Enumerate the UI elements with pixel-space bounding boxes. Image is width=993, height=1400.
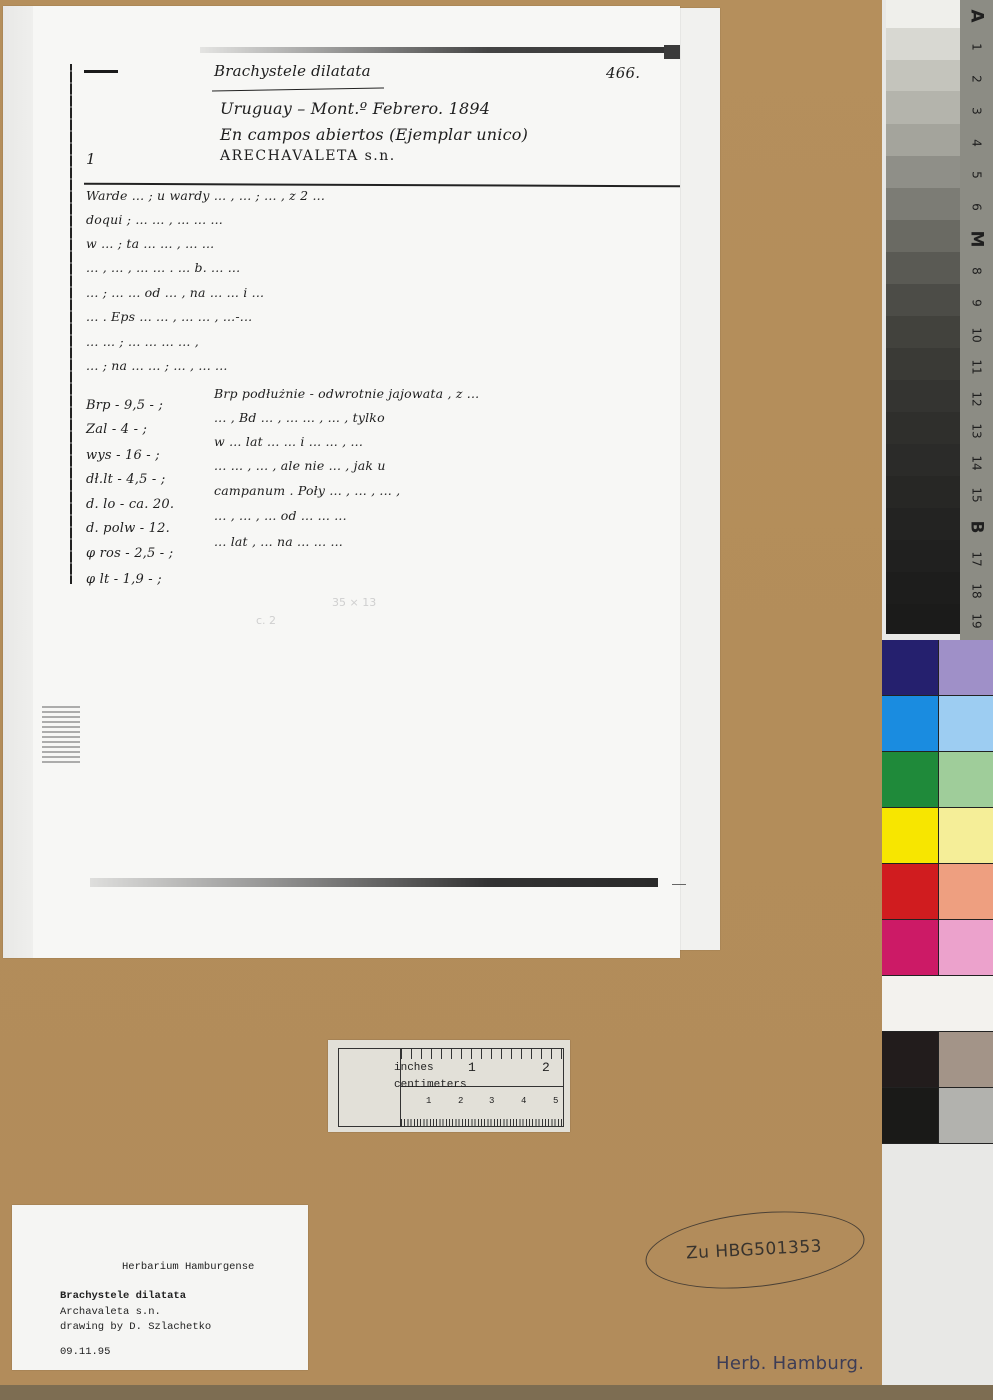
habitat-line: En campos abiertos (Ejemplar unico) xyxy=(220,125,528,144)
cm-mark: 4 xyxy=(521,1096,526,1106)
inch-ticks xyxy=(401,1049,563,1059)
description-line: ... , ... , ... ... . ... b. ... ... xyxy=(86,260,240,275)
copy-artifact-tail xyxy=(672,884,686,885)
description-line: Warde ... ; u wardy ... , ... ; ... , z … xyxy=(86,188,325,203)
gray-label: 19 xyxy=(970,605,984,638)
color-row-blue-violet xyxy=(882,640,993,696)
sheet-left-shadow xyxy=(3,6,33,958)
color-patch xyxy=(939,752,993,807)
copy-artifact-block xyxy=(664,45,680,59)
taxon-name: Brachystele dilatata xyxy=(60,1290,186,1302)
color-row-yellow xyxy=(882,808,993,864)
measurement-note: ... ... , ... , ale nie ... , jak u xyxy=(214,458,386,473)
gray-patch xyxy=(886,348,960,380)
herbarium-label: Herbarium Hamburgense Brachystele dilata… xyxy=(12,1205,308,1370)
pencil-note: 35 × 13 xyxy=(332,596,376,609)
color-row-cyan xyxy=(882,696,993,752)
cm-mark: 5 xyxy=(553,1096,558,1106)
gray-label: 11 xyxy=(970,351,984,384)
board-bottom-edge xyxy=(0,1385,993,1400)
cm-mark: 3 xyxy=(489,1096,494,1106)
color-patch xyxy=(939,920,993,975)
color-patch xyxy=(882,1032,939,1087)
label-date: 09.11.95 xyxy=(60,1346,110,1358)
gray-label: 15 xyxy=(970,479,984,512)
gray-label: 10 xyxy=(970,319,984,352)
gray-label: 5 xyxy=(970,159,984,192)
measurement: d. lo - ca. 20. xyxy=(86,497,174,512)
color-patch xyxy=(882,920,939,975)
gray-label: 18 xyxy=(970,575,984,608)
item-number: 1 xyxy=(86,150,96,168)
institution-name: Herbarium Hamburgense xyxy=(122,1261,254,1273)
gray-patch xyxy=(886,444,960,476)
measurement-note: campanum . Poły ... , ... , ... , xyxy=(214,483,400,498)
sheet-number: 466. xyxy=(606,64,640,82)
margin-rule xyxy=(70,64,72,584)
color-patch xyxy=(939,640,993,695)
gray-patch xyxy=(886,28,960,60)
gray-patch xyxy=(886,156,960,188)
color-patches xyxy=(882,640,993,1144)
locality-line: Uruguay – Mont.º Febrero. 1894 xyxy=(220,99,490,118)
measurement-note: ... , ... , ... od ... ... ... xyxy=(214,508,347,523)
description-line: doqui ; ... ... , ... ... ... xyxy=(86,212,223,227)
gray-patch xyxy=(886,252,960,284)
gray-label: 13 xyxy=(970,415,984,448)
color-calibration-chart: A 1 2 3 4 5 6 M 8 9 10 11 12 13 14 15 B … xyxy=(882,0,993,1385)
gray-patch xyxy=(886,284,960,316)
color-patch xyxy=(939,808,993,863)
color-row-white xyxy=(882,976,993,1032)
gray-label: 3 xyxy=(970,95,984,128)
centimeters-label: centimeters xyxy=(394,1079,467,1091)
cm-mark: 1 xyxy=(426,1096,431,1106)
description-line: ... . Eps ... ... , ... ... , ...-... xyxy=(86,309,252,324)
drawing-note: drawing by D. Szlachetko xyxy=(60,1321,211,1333)
color-patch xyxy=(939,864,993,919)
ruler-blank-area xyxy=(339,1049,401,1126)
description-line: ... ... ; ... ... ... ... , xyxy=(86,334,199,349)
measurement: dł.lt - 4,5 - ; xyxy=(86,472,165,487)
gray-patch xyxy=(886,124,960,156)
color-patch xyxy=(939,696,993,751)
copy-artifact-top-bar xyxy=(200,47,680,53)
color-patch xyxy=(882,1088,939,1143)
color-row-green xyxy=(882,752,993,808)
gray-label: 4 xyxy=(970,127,984,160)
color-patch xyxy=(882,640,939,695)
color-row-black-brown xyxy=(882,1032,993,1088)
scale-ruler: inches 1 2 centimeters 1 2 3 4 5 xyxy=(328,1040,570,1132)
gray-label: A xyxy=(967,0,987,33)
measurement: d. polw - 12. xyxy=(86,521,170,536)
gray-patch xyxy=(886,572,960,604)
gray-patch xyxy=(886,0,960,28)
gray-patch xyxy=(886,316,960,348)
cm-ticks xyxy=(401,1119,563,1126)
herbarium-stamp: Herb. Hamburg. xyxy=(716,1353,864,1374)
color-patch xyxy=(882,752,939,807)
color-row-black-gray xyxy=(882,1088,993,1144)
color-patch xyxy=(939,1088,993,1143)
gray-patch xyxy=(886,60,960,91)
collector-name: Archavaleta s.n. xyxy=(60,1306,161,1318)
gray-label: 12 xyxy=(970,383,984,416)
margin-dash xyxy=(84,70,118,73)
description-line: w ... ; ta ... ... , ... ... xyxy=(86,236,214,251)
gray-label: 9 xyxy=(970,287,984,320)
gray-label: 2 xyxy=(970,63,984,96)
description-line: ... ; na ... ... ; ... , ... ... xyxy=(86,358,228,373)
copy-speckle xyxy=(42,706,80,766)
gray-label: B xyxy=(967,511,987,544)
gray-label: 1 xyxy=(970,31,984,64)
gray-patch xyxy=(886,604,960,634)
gray-patch xyxy=(886,508,960,540)
color-patch xyxy=(882,976,938,1031)
gray-patch xyxy=(886,91,960,124)
gray-label: 14 xyxy=(970,447,984,480)
gray-label: 8 xyxy=(970,255,984,288)
measurement: φ lt - 1,9 - ; xyxy=(86,572,162,587)
gray-scale-labels: A 1 2 3 4 5 6 M 8 9 10 11 12 13 14 15 B … xyxy=(960,0,993,640)
description-line: ... ; ... ... od ... , na ... ... i ... xyxy=(86,285,264,300)
gray-label: M xyxy=(967,223,987,256)
gray-patch xyxy=(886,540,960,572)
measurement-note: ... lat , ... na ... ... ... xyxy=(214,534,343,549)
gray-label: 17 xyxy=(970,543,984,576)
measurement: Zal - 4 - ; xyxy=(86,422,147,437)
gray-label: 6 xyxy=(970,191,984,224)
color-patch xyxy=(938,976,993,1031)
measurement: Brp - 9,5 - ; xyxy=(86,398,163,413)
gray-scale-strip xyxy=(886,0,960,640)
color-row-magenta xyxy=(882,920,993,976)
cm-mark: 2 xyxy=(458,1096,463,1106)
measurement-note: w ... lat ... ... i ... ... , ... xyxy=(214,434,363,449)
measurement: wys - 16 - ; xyxy=(86,448,160,463)
gray-patch xyxy=(886,188,960,220)
color-row-red xyxy=(882,864,993,920)
copy-artifact-bottom-bar xyxy=(90,878,658,887)
color-patch xyxy=(882,864,939,919)
gray-patch xyxy=(886,380,960,412)
inch-mark: 2 xyxy=(542,1060,550,1075)
gray-patch xyxy=(886,412,960,444)
gray-patch xyxy=(886,476,960,508)
inch-mark: 1 xyxy=(468,1060,476,1075)
pencil-note: c. 2 xyxy=(256,614,276,627)
color-patch xyxy=(882,696,939,751)
measurement: φ ros - 2,5 - ; xyxy=(86,546,173,561)
measurement-note: Brp podłużnie - odwrotnie jajowata , z .… xyxy=(214,386,479,401)
sheet-title: Brachystele dilatata xyxy=(214,62,371,80)
inches-label: inches xyxy=(394,1062,434,1074)
color-patch xyxy=(882,808,939,863)
color-patch xyxy=(939,1032,993,1087)
measurement-note: ... , Bd ... , ... ... , ... , tylko xyxy=(214,410,385,425)
collector-line: ARECHAVALETA s.n. xyxy=(220,148,396,164)
gray-patch xyxy=(886,220,960,252)
